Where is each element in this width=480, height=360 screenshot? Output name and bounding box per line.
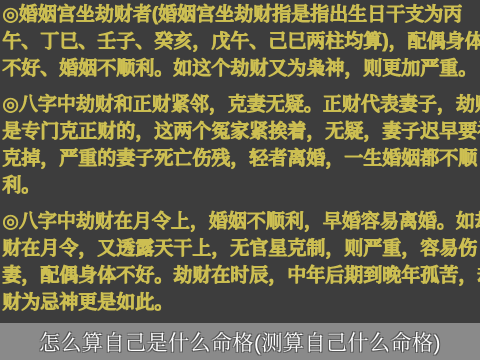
text-line: ◎八字中劫财在月令上，婚姻不顺利，早婚容易离婚。如劫 <box>2 208 480 235</box>
article-body: ◎婚姻宫坐劫财者(婚姻宫坐劫财指是指出生日干支为丙 午、丁巳、壬子、癸亥，戊午、… <box>2 1 480 325</box>
paragraph-rob-wealth-adjacent: ◎八字中劫财和正财紧邻，克妻无疑。正财代表妻子，劫财 是专门克正财的，这两个冤家… <box>2 91 480 199</box>
text-line: 财为忌神更是如此。 <box>2 289 480 316</box>
paragraph-marriage-palace: ◎婚姻宫坐劫财者(婚姻宫坐劫财指是指出生日干支为丙 午、丁巳、壬子、癸亥，戊午、… <box>2 1 480 82</box>
text-line: ◎八字中劫财和正财紧邻，克妻无疑。正财代表妻子，劫财 <box>2 91 480 118</box>
page-title: 怎么算自己是什么命格(测算自己什么命格) <box>39 327 441 357</box>
text-line: 不好、婚姻不顺利。如这个劫财又为枭神，则更加严重。 <box>2 55 480 82</box>
text-line: 午、丁巳、壬子、癸亥，戊午、己巳两柱均算)，配偶身体 <box>2 28 480 55</box>
text-line: 财在月令，又透露天干上，无官星克制，则严重，容易伤 <box>2 235 480 262</box>
paragraph-rob-wealth-month: ◎八字中劫财在月令上，婚姻不顺利，早婚容易离婚。如劫 财在月令，又透露天干上，无… <box>2 208 480 316</box>
text-line: 利。 <box>2 172 480 199</box>
text-line: 妻，配偶身体不好。劫财在时辰，中年后期到晚年孤苦，劫 <box>2 262 480 289</box>
text-line: 克掉，严重的妻子死亡伤残，轻者离婚，一生婚姻都不顺 <box>2 145 480 172</box>
text-line: 是专门克正财的，这两个冤家紧挨着，无疑，妻子迟早要被 <box>2 118 480 145</box>
footer-title-bar: 怎么算自己是什么命格(测算自己什么命格) <box>0 323 480 360</box>
text-line: ◎婚姻宫坐劫财者(婚姻宫坐劫财指是指出生日干支为丙 <box>2 1 480 28</box>
